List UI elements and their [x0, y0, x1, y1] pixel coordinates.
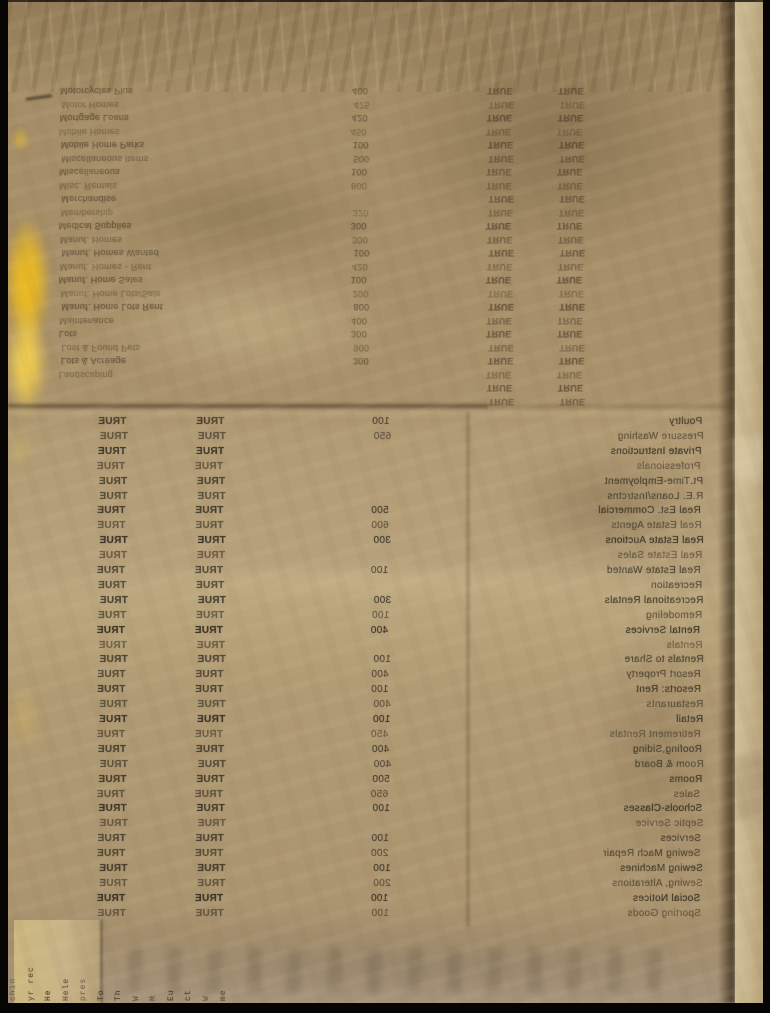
bottom-category-cell-text: Private Instructions — [611, 446, 702, 457]
bottom-category-cell-text: Sewing Machines — [620, 863, 703, 874]
bottom-category-cell: Sporting Goods — [427, 908, 701, 922]
bottom-value-cell: 400 — [323, 625, 389, 639]
bottom-value-cell-text: 400 — [372, 744, 390, 755]
top-flag1-cell-text: TRUE — [488, 343, 514, 353]
bottom-flag2-cell-text: TRUE — [197, 535, 225, 546]
top-category-cell-text: Lost & Found Pets — [61, 343, 140, 353]
table-row: TRUETRUE100Resorts: Rent — [8, 684, 762, 699]
top-value-cell-text: 300 — [353, 356, 369, 366]
bottom-flag2-cell: TRUE — [195, 505, 257, 519]
top-flag1-cell: TRUE — [486, 329, 538, 343]
top-flag1-cell: TRUE — [486, 181, 538, 195]
top-value-cell: 100 — [303, 140, 369, 154]
top-flag2-cell-text: TRUE — [558, 262, 584, 272]
bottom-flag1-cell-text: TRUE — [97, 789, 125, 800]
bottom-category-cell-text: Real Estate Sales — [618, 550, 703, 561]
bottom-flag1-cell-text: TRUE — [98, 744, 126, 755]
top-category-cell: Lots & Acreage — [61, 356, 321, 370]
top-flag2-cell-text: TRUE — [560, 248, 586, 258]
bottom-flag1-cell-text: TRUE — [97, 729, 125, 740]
typewriter-fragment: chin — [9, 978, 18, 1001]
top-flag2-cell-text: TRUE — [557, 329, 583, 339]
bottom-flag2-cell: TRUE — [195, 669, 257, 683]
top-flag1-cell-text: TRUE — [487, 86, 513, 96]
margin-fragments: chinyr recHeHelepresToThWMEuctWme — [8, 925, 763, 1003]
table-row: TRUETRUE100Services — [8, 833, 762, 848]
top-flag1-cell-text: TRUE — [486, 127, 512, 137]
bottom-flag1-cell: TRUE — [99, 550, 161, 564]
top-flag1-cell-text: TRUE — [486, 316, 512, 326]
bottom-flag2-cell-text: TRUE — [195, 565, 223, 576]
bottom-category-cell: Pt.Time-Employment — [429, 476, 703, 490]
top-flag2-cell-text: TRUE — [559, 140, 585, 150]
bottom-value-cell: 400 — [326, 759, 392, 773]
bottom-flag2-cell-text: TRUE — [195, 669, 223, 680]
top-flag1-cell: TRUE — [488, 194, 540, 208]
bottom-value-cell-text: 400 — [372, 669, 390, 680]
bottom-category-cell-text: R.E. Loans/Instrctns — [607, 491, 703, 502]
top-flag1-cell-text: TRUE — [488, 154, 514, 164]
bottom-value-cell — [323, 461, 389, 475]
bottom-category-cell-text: Real Estate Wanted — [607, 565, 701, 576]
bottom-value-cell: 300 — [325, 535, 391, 549]
bottom-flag1-cell: TRUE — [99, 818, 161, 832]
top-flag2-cell: TRUE — [558, 383, 610, 397]
bottom-category-cell-text: Roofing,Siding — [632, 744, 701, 755]
bottom-value-cell-text: 100 — [372, 416, 390, 427]
bottom-category-cell-text: Rentals — [666, 640, 702, 651]
bottom-value-cell: 100 — [323, 908, 389, 922]
table-row: TRUETRUE200Sewing, Alterations — [9, 878, 763, 893]
top-flag1-cell: TRUE — [489, 100, 541, 114]
top-category-cell-text: Motor Homes — [62, 100, 119, 110]
bottom-category-cell: Resort Property — [427, 669, 701, 683]
stain — [128, 948, 688, 992]
top-flag2-cell: TRUE — [559, 194, 611, 208]
top-flag1-cell: TRUE — [488, 208, 540, 222]
top-flag1-cell: TRUE — [488, 140, 540, 154]
bottom-flag2-cell: TRUE — [196, 580, 258, 594]
bottom-value-cell — [325, 550, 391, 564]
top-flag1-cell: TRUE — [486, 221, 538, 235]
bottom-category-cell-text: Sales — [674, 789, 701, 800]
bottom-category-cell: Recreational Rentals — [430, 595, 704, 609]
bottom-flag1-cell: TRUE — [98, 774, 160, 788]
bottom-flag2-cell-text: TRUE — [197, 863, 225, 874]
bottom-flag2-cell-text: TRUE — [198, 431, 226, 442]
top-value-cell-text: 100 — [353, 140, 369, 150]
top-flag1-cell: TRUE — [489, 248, 541, 262]
top-value-cell-text: 450 — [351, 127, 367, 137]
bottom-flag2-cell-text: TRUE — [197, 818, 225, 829]
top-value-cell: 100 — [301, 275, 367, 289]
bottom-flag2-cell: TRUE — [195, 833, 257, 847]
top-value-cell: 400 — [302, 86, 368, 100]
bottom-flag2-cell-text: TRUE — [195, 729, 223, 740]
top-flag1-cell-text: TRUE — [488, 302, 514, 312]
table-row: TRUETRUERentals — [9, 640, 764, 655]
top-category-cell: Manuf. Homes — [60, 235, 320, 249]
bottom-category-cell-text: Real Estate Agents — [611, 520, 701, 531]
top-value-cell: 320 — [303, 208, 369, 222]
top-value-cell: 200 — [303, 289, 369, 303]
top-flag1-cell: TRUE — [486, 275, 538, 289]
bottom-flag1-cell-text: TRUE — [100, 595, 128, 606]
bottom-flag2-cell: TRUE — [197, 654, 259, 668]
bottom-value-cell: 600 — [323, 520, 389, 534]
table-row: TRUETRUER.E. Loans/Instrctns — [9, 491, 763, 506]
top-category-cell-text: Misc. Rentals — [59, 181, 117, 191]
table-row: TRUETRUE100Real Estate Wanted — [8, 565, 762, 580]
bottom-flag2-cell-text: TRUE — [197, 699, 225, 710]
top-category-cell: Motor Homes — [62, 100, 322, 114]
typewriter-fragment: ct — [184, 989, 193, 1001]
bottom-category-cell: Private Instructions — [428, 446, 702, 460]
table-row: TRUETRUESeptic Service — [9, 818, 763, 833]
top-flag1-cell-text: TRUE — [488, 289, 514, 299]
bottom-flag2-cell: TRUE — [195, 520, 257, 534]
table-row: TRUETRUE200Sewing Mach Repair — [8, 848, 762, 863]
bottom-value-cell-text: 100 — [372, 908, 390, 919]
bottom-value-cell: 100 — [323, 893, 389, 907]
top-flag2-cell: TRUE — [558, 262, 610, 276]
bottom-category-cell: Restaurants — [429, 699, 703, 713]
bottom-category-cell-text: Schools-Classes — [623, 803, 702, 814]
top-category-cell: Manuf. Homes - Rent — [60, 262, 320, 276]
top-flag1-cell: TRUE — [488, 356, 540, 370]
top-category-cell: Mobile Home Parks — [61, 140, 321, 154]
bottom-value-cell: 450 — [323, 729, 389, 743]
table-row: TRUETRUE400Rental Services — [8, 625, 762, 640]
bottom-category-cell-text: Retirement Rentals — [610, 729, 701, 740]
bottom-flag1-cell: TRUE — [100, 595, 162, 609]
bottom-flag2-cell: TRUE — [195, 684, 257, 698]
bottom-category-cell-text: Resort Property — [627, 669, 702, 680]
top-flag2-cell: TRUE — [559, 343, 611, 357]
bottom-flag2-cell-text: TRUE — [197, 714, 225, 725]
bottom-flag2-cell: TRUE — [195, 461, 257, 475]
top-flag2-cell-text: TRUE — [557, 127, 583, 137]
top-flag2-cell-text: TRUE — [557, 275, 583, 285]
top-flag1-cell-text: TRUE — [489, 397, 515, 407]
bottom-category-cell: Rental Services — [427, 625, 701, 639]
bottom-category-cell-text: Services — [661, 833, 702, 844]
bottom-flag1-cell: TRUE — [97, 893, 159, 907]
top-flag2-cell: TRUE — [560, 100, 612, 114]
bottom-category-cell-text: Room & Board — [634, 759, 703, 770]
bottom-flag1-cell-text: TRUE — [99, 699, 127, 710]
bottom-category-cell: R.E. Loans/Instrctns — [429, 491, 703, 505]
bottom-flag2-cell: TRUE — [196, 803, 258, 817]
top-flag1-cell-text: TRUE — [486, 275, 512, 285]
bottom-flag2-cell-text: TRUE — [196, 803, 224, 814]
bottom-value-cell: 200 — [323, 848, 389, 862]
top-category-cell-text: Manuf. Home Lots/Sale — [61, 289, 161, 299]
bottom-flag1-cell: TRUE — [98, 610, 160, 624]
bottom-flag1-cell-text: TRUE — [97, 848, 125, 859]
top-flag2-cell: TRUE — [559, 208, 611, 222]
top-category-cell-text: Miscellaneous Items — [61, 154, 148, 164]
bottom-flag2-cell: TRUE — [196, 416, 258, 430]
bottom-flag1-cell-text: TRUE — [97, 520, 125, 531]
top-category-cell: Mortgage Loans — [60, 113, 320, 127]
bottom-flag1-cell: TRUE — [97, 789, 159, 803]
bottom-category-cell-text: Recreational Rentals — [605, 595, 704, 606]
top-category-cell: Manuf. Home Sales — [59, 275, 319, 289]
bottom-category-cell: Septic Service — [429, 818, 703, 832]
bottom-category-cell-text: Social Notices — [633, 893, 701, 904]
bottom-category-cell: Recreation — [428, 580, 702, 594]
top-flag2-cell: TRUE — [557, 221, 609, 235]
top-value-cell-text: 420 — [352, 113, 368, 123]
bottom-flag1-cell-text: TRUE — [99, 535, 127, 546]
bottom-value-cell: 100 — [323, 684, 389, 698]
typewriter-fragment: He — [44, 989, 53, 1001]
bottom-flag1-cell: TRUE — [97, 520, 159, 534]
top-flag2-cell-text: TRUE — [559, 208, 585, 218]
bottom-value-cell: 100 — [324, 416, 390, 430]
top-flag2-cell-text: TRUE — [557, 181, 583, 191]
bottom-flag2-cell-text: TRUE — [195, 520, 223, 531]
bottom-flag2-cell-text: TRUE — [198, 595, 226, 606]
top-value-cell: 300 — [301, 329, 367, 343]
bottom-category-cell: Retail — [429, 714, 703, 728]
table-row: TRUETRUE500Real Est. Commercial — [8, 505, 762, 520]
bottom-flag1-cell-text: TRUE — [97, 505, 125, 516]
top-flag2-cell-text: TRUE — [559, 289, 585, 299]
typewriter-fragment: To — [97, 989, 106, 1001]
bottom-value-cell-text: 400 — [374, 759, 392, 770]
top-value-cell-text: 475 — [354, 100, 370, 110]
bottom-category-cell-text: Sewing Mach Repair — [603, 848, 701, 859]
bottom-flag2-cell: TRUE — [195, 893, 257, 907]
top-flag2-cell-text: TRUE — [559, 194, 585, 204]
bottom-category-cell: Real Estate Agents — [427, 520, 701, 534]
top-value-cell: 475 — [304, 100, 370, 114]
top-flag1-cell-text: TRUE — [487, 235, 513, 245]
top-category-cell-text: Lots & Acreage — [61, 356, 126, 366]
bottom-flag2-cell: TRUE — [198, 595, 260, 609]
top-category-cell-text: Lots — [59, 329, 77, 339]
top-value-cell-text: 200 — [353, 289, 369, 299]
scanned-document-page: Motorcycles Plus400TRUETRUEMotor Homes47… — [0, 0, 770, 1013]
table-row: TRUETRUE100Poultry — [8, 416, 763, 431]
bottom-category-cell: Resorts: Rent — [427, 684, 701, 698]
bottom-flag2-cell-text: TRUE — [197, 491, 225, 502]
bottom-value-cell-text: 500 — [371, 505, 389, 516]
bottom-flag2-cell-text: TRUE — [197, 640, 225, 651]
top-flag1-cell: TRUE — [487, 86, 539, 100]
bottom-flag2-cell: TRUE — [198, 431, 260, 445]
top-flag1-cell-text: TRUE — [487, 383, 513, 393]
bottom-flag1-cell: TRUE — [100, 431, 162, 445]
top-value-cell — [303, 194, 369, 208]
bottom-value-cell — [325, 491, 391, 505]
table-row: TRUETRUE100Sewing Machines — [9, 863, 763, 878]
bottom-flag2-cell-text: TRUE — [195, 848, 223, 859]
bottom-flag2-cell: TRUE — [195, 908, 257, 922]
table-row: TRUETRUE650Sales — [8, 789, 762, 804]
bottom-flag1-cell-text: TRUE — [99, 640, 127, 651]
top-category-cell: Miscellaneous Items — [61, 154, 321, 168]
bottom-flag2-cell-text: TRUE — [195, 461, 223, 472]
bottom-category-cell: Services — [427, 833, 701, 847]
bottom-value-cell — [325, 640, 391, 654]
table-row: TRUETRUERecreation — [8, 580, 763, 595]
bottom-flag2-cell: TRUE — [197, 640, 259, 654]
bottom-flag1-cell: TRUE — [97, 908, 159, 922]
top-value-cell: 500 — [303, 154, 369, 168]
bottom-flag2-cell: TRUE — [195, 789, 257, 803]
bottom-flag1-cell-text: TRUE — [99, 714, 127, 725]
bottom-flag2-cell: TRUE — [197, 818, 259, 832]
top-category-cell-text: Manuf. Homes — [60, 235, 122, 245]
top-flag1-cell-text: TRUE — [488, 356, 514, 366]
bottom-flag1-cell-text: TRUE — [97, 461, 125, 472]
bottom-value-cell — [324, 580, 390, 594]
top-value-cell-text: 400 — [352, 86, 368, 96]
bottom-value-cell-text: 300 — [374, 535, 392, 546]
bottom-category-cell: Pressure Washing — [430, 431, 704, 445]
bottom-flag2-cell: TRUE — [196, 446, 258, 460]
bottom-category-cell-text: Rentals to Share — [624, 654, 703, 665]
bottom-value-cell: 100 — [325, 714, 391, 728]
top-flag1-cell: TRUE — [487, 235, 539, 249]
bottom-flag2-cell: TRUE — [195, 848, 257, 862]
bottom-value-cell: 100 — [325, 654, 391, 668]
bottom-flag2-cell-text: TRUE — [195, 684, 223, 695]
top-value-cell-text: 400 — [351, 316, 367, 326]
bottom-flag1-cell: TRUE — [98, 446, 160, 460]
bottom-flag1-cell: TRUE — [99, 640, 161, 654]
top-flag2-cell: TRUE — [557, 127, 609, 141]
bottom-value-cell-text: 400 — [371, 625, 389, 636]
top-value-cell: 900 — [303, 343, 369, 357]
top-category-cell: Merchandise — [61, 194, 321, 208]
bottom-flag1-cell: TRUE — [98, 803, 160, 817]
top-value-cell-text: 100 — [351, 275, 367, 285]
top-flag1-cell-text: TRUE — [487, 262, 513, 272]
bottom-flag1-cell-text: TRUE — [98, 580, 126, 591]
top-flag2-cell-text: TRUE — [558, 383, 584, 393]
top-value-cell: 400 — [301, 316, 367, 330]
table-row: TRUETRUEPt.Time-Employment — [9, 476, 763, 491]
typewriter-fragment: me — [219, 989, 228, 1001]
top-flag2-cell-text: TRUE — [557, 221, 583, 231]
top-category-cell-text: Mortgage Loans — [60, 113, 129, 123]
table-row: TRUETRUEReal Estate Sales — [9, 550, 763, 565]
bottom-value-cell-text: 450 — [371, 729, 389, 740]
top-category-cell: Misc. Rentals — [59, 181, 319, 195]
table-row: TRUETRUE100Schools-Classes — [8, 803, 763, 818]
bottom-flag2-cell-text: TRUE — [195, 908, 223, 919]
table-row: TRUETRUE100Social Notices — [8, 893, 762, 908]
bottom-flag1-cell: TRUE — [98, 416, 160, 430]
bottom-category-cell: Sales — [427, 789, 701, 803]
typewriter-fragment: Hele — [62, 978, 71, 1001]
top-flag2-cell-text: TRUE — [559, 356, 585, 366]
bottom-flag2-cell: TRUE — [197, 699, 259, 713]
table-row: TRUETRUE400Roofing,Siding — [8, 744, 763, 759]
stain — [88, 938, 763, 996]
bottom-flag2-cell-text: TRUE — [198, 759, 226, 770]
top-value-cell-text: 900 — [353, 343, 369, 353]
top-value-cell — [302, 383, 368, 397]
top-flag1-cell: TRUE — [487, 262, 539, 276]
bottom-flag2-cell-text: TRUE — [196, 416, 224, 427]
bottom-flag1-cell: TRUE — [97, 461, 159, 475]
top-category-cell: Manuf. Home Lots/Sale — [61, 289, 321, 303]
bottom-flag1-cell-text: TRUE — [97, 908, 125, 919]
top-flag1-cell-text: TRUE — [488, 140, 514, 150]
bottom-flag1-cell: TRUE — [98, 580, 160, 594]
bottom-flag1-cell: TRUE — [97, 565, 159, 579]
top-flag2-cell: TRUE — [558, 113, 610, 127]
bottom-flag1-cell: TRUE — [97, 669, 159, 683]
table-row: TRUETRUE400Restaurants — [9, 699, 763, 714]
top-flag2-cell: TRUE — [557, 275, 609, 289]
bottom-category-cell-text: Sewing, Alterations — [612, 878, 703, 889]
table-row: TRUETRUE650Pressure Washing — [10, 431, 764, 446]
top-flag2-cell: TRUE — [559, 154, 611, 168]
table-row: TRUETRUE100Rentals to Share — [9, 654, 763, 669]
bottom-category-cell: Sewing Mach Repair — [427, 848, 701, 862]
bottom-category-cell: Real Est. Commercial — [427, 505, 701, 519]
table-row: TRUETRUE300Recreational Rentals — [10, 595, 764, 610]
top-value-cell-text: 800 — [353, 302, 369, 312]
bottom-value-cell: 400 — [325, 699, 391, 713]
top-flag2-cell: TRUE — [559, 302, 611, 316]
top-flag2-cell: TRUE — [559, 140, 611, 154]
paper-edge-strip — [14, 920, 100, 1003]
top-category-cell-text: Manuf. Homes - Rent — [60, 262, 151, 272]
top-value-cell-text: 100 — [351, 167, 367, 177]
top-flag1-cell-text: TRUE — [486, 221, 512, 231]
fold-crease — [100, 920, 103, 1003]
top-flag1-cell-text: TRUE — [489, 248, 515, 258]
bottom-flag1-cell-text: TRUE — [100, 759, 128, 770]
top-table: Motorcycles Plus400TRUETRUEMotor Homes47… — [8, 86, 763, 410]
bottom-value-cell-text: 500 — [373, 774, 391, 785]
bottom-flag2-cell-text: TRUE — [196, 580, 224, 591]
bottom-flag2-cell-text: TRUE — [195, 625, 223, 636]
bottom-flag1-cell-text: TRUE — [97, 893, 125, 904]
bottom-flag1-cell-text: TRUE — [97, 625, 125, 636]
table-row: TRUETRUEPrivate Instructions — [8, 446, 763, 461]
typewriter-fragment: W — [132, 995, 141, 1001]
bottom-value-cell-text: 600 — [372, 520, 390, 531]
top-flag2-cell-text: TRUE — [560, 100, 586, 110]
top-category-cell-text: Manuf. Home Lots Rent — [61, 302, 162, 312]
bottom-category-cell-text: Resorts: Rent — [636, 684, 701, 695]
bottom-flag1-cell-text: TRUE — [100, 431, 128, 442]
top-category-cell: Lots — [59, 329, 319, 343]
bottom-flag1-cell: TRUE — [97, 684, 159, 698]
top-flag1-cell: TRUE — [486, 167, 538, 181]
bottom-flag2-cell: TRUE — [196, 610, 258, 624]
top-flag1-cell: TRUE — [488, 343, 540, 357]
bottom-value-cell: 100 — [323, 833, 389, 847]
bottom-flag1-cell: TRUE — [97, 729, 159, 743]
bottom-flag1-cell: TRUE — [98, 744, 160, 758]
top-category-cell: Maintenance — [59, 316, 319, 330]
top-flag2-cell: TRUE — [558, 235, 610, 249]
bottom-value-cell-text: 200 — [373, 878, 391, 889]
bottom-flag2-cell: TRUE — [197, 863, 259, 877]
top-value-cell-text: 500 — [353, 154, 369, 164]
top-flag2-cell: TRUE — [557, 167, 609, 181]
top-flag2-cell-text: TRUE — [557, 316, 583, 326]
